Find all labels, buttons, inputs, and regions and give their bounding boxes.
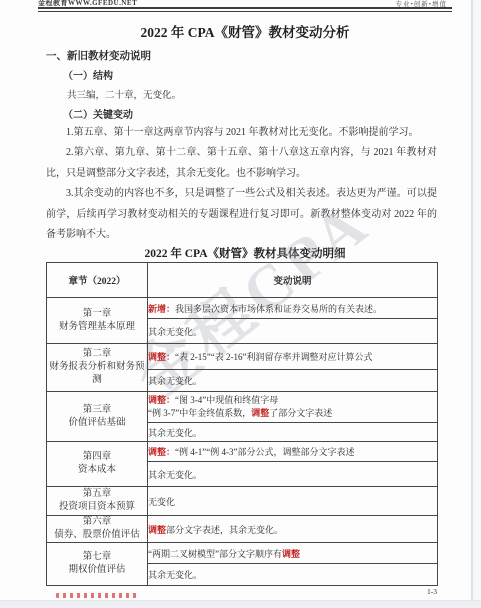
intro-paragraphs: 1.第五章、第十一章这两章节内容与 2021 年教材对比无变化。不影响提前学习。… [46,123,437,245]
table-row: 第五章 投资项目资本预算 无变化 [47,487,438,516]
subsection-keychanges-heading: （二）关键变动 [63,106,133,121]
intro-paragraph-1: 1.第五章、第十一章这两章节内容与 2021 年教材对比无变化。不影响提前学习。 [46,123,437,143]
column-header-change: 变动说明 [148,263,438,298]
chapter-cell-4: 第四章 资本成本 [47,442,148,487]
change-cell-2: 调整：“表 2-15”“表 2-16”利润留存率并调整对应计算公式 [148,344,438,370]
change-text: 部分文字表述，其余无变化。 [166,525,283,535]
change-tag: 调整： [148,447,175,457]
change-tag: 调整 [251,408,269,418]
chapter-number: 第三章 [47,404,147,417]
change-cell-4: 调整：“例 4-1”“例 4-3”部分公式，调整部分文字表述 [148,442,438,462]
chapter-cell-3: 第三章 价值评估基础 [47,392,148,442]
change-rest-cell-1: 其余无变化。 [148,319,438,344]
table-header-row: 章节（2022） 变动说明 [47,263,438,298]
change-text: “例 4-1”“例 4-3”部分公式，调整部分文字表述 [175,447,354,457]
chapter-name: 财务报表分析和财务预测 [47,361,147,387]
chapter-cell-7: 第七章 期权价值评估 [47,543,148,586]
chapter-number: 第七章 [47,551,147,564]
subsection-structure-heading: （一）结构 [63,67,113,82]
chapter-name: 价值评估基础 [47,417,147,430]
chapter-name: 资本成本 [47,464,147,477]
header-divider [38,7,452,12]
viewer-bottom-strip [0,600,481,608]
chapter-cell-1: 第一章 财务管理基本原理 [47,298,148,344]
change-cell-1: 新增：我国多层次资本市场体系和证券交易所的有关表述。 [148,298,438,319]
footer-red-fragment [56,593,140,598]
table-row: 第一章 财务管理基本原理 新增：我国多层次资本市场体系和证券交易所的有关表述。 [47,298,438,319]
change-text: 了部分文字表述 [269,408,332,418]
change-tag: 调整 [148,525,166,535]
chapter-name: 期权价值评估 [47,564,147,577]
chapter-cell-2: 第二章 财务报表分析和财务预测 [47,344,148,392]
chapter-name: 债券、股票价值评估 [47,529,147,542]
change-tag: 调整： [148,352,175,362]
change-rest-cell-3: 其余无变化。 [148,423,438,442]
page-title: 2022 年 CPA《财管》教材变动分析 [38,21,452,41]
change-tag: 调整： [148,395,175,405]
change-text: “表 2-15”“表 2-16”利润留存率并调整对应计算公式 [175,352,372,362]
change-cell-3: 调整：“图 3-4”中现值和终值字母 “例 3-7”中年金终值系数，调整了部分文… [148,392,438,423]
scrollbar-track[interactable] [471,0,481,600]
change-rest-cell-2: 其余无变化。 [148,370,438,392]
chapter-cell-5: 第五章 投资项目资本预算 [47,487,148,516]
section-heading: 一、新旧教材变动说明 [46,48,151,63]
table-row: 第四章 资本成本 调整：“例 4-1”“例 4-3”部分公式，调整部分文字表述 [47,442,438,462]
change-text: 我国多层次资本市场体系和证券交易所的有关表述。 [175,304,382,314]
change-text: “图 3-4”中现值和终值字母 [175,395,278,405]
intro-paragraph-3: 3.其余变动的内容也不多，只是调整了一些公式及相关表述。表达更为严谨。可以提前学… [46,184,437,245]
intro-paragraph-2: 2.第六章、第九章、第十二章、第十五章、第十八章这五章内容，与 2021 年教材… [46,143,437,184]
chapter-cell-6: 第六章 债券、股票价值评估 [47,516,148,543]
table-row: 第七章 期权价值评估 “两期二叉树模型”部分文字顺序有调整 [47,543,438,564]
change-text: “两期二叉树模型”部分文字顺序有 [148,549,282,559]
change-cell-5: 无变化 [148,487,438,516]
chapter-number: 第二章 [47,348,147,361]
document-page: 金程教育WWW.GFEDU.NET 专业•创新•增值 2022 年 CPA《财管… [0,0,471,600]
table-row: 第三章 价值评估基础 调整：“图 3-4”中现值和终值字母 “例 3-7”中年金… [47,392,438,423]
chapter-number: 第六章 [47,516,147,529]
change-text: “例 3-7”中年金终值系数， [148,408,251,418]
change-tag: 新增： [148,304,175,314]
column-header-chapter: 章节（2022） [47,263,148,298]
chapter-number: 第四章 [47,451,147,464]
change-rest-cell-7: 其余无变化。 [148,564,438,586]
chapter-name: 投资项目资本预算 [47,501,147,514]
change-cell-7: “两期二叉树模型”部分文字顺序有调整 [148,543,438,564]
chapter-name: 财务管理基本原理 [47,321,147,334]
table-row: 第六章 债券、股票价值评估 调整部分文字表述，其余无变化。 [47,516,438,543]
page-number: 1-3 [427,587,437,596]
change-rest-cell-4: 其余无变化。 [148,462,438,487]
changes-table: 章节（2022） 变动说明 第一章 财务管理基本原理 新增：我国多层次资本市场体… [46,262,438,586]
chapter-number: 第一章 [47,308,147,321]
change-cell-6: 调整部分文字表述，其余无变化。 [148,516,438,543]
subsection-structure-body: 共三编，二十章，无变化。 [67,87,181,101]
chapter-number: 第五章 [47,488,147,501]
table-row: 第二章 财务报表分析和财务预测 调整：“表 2-15”“表 2-16”利润留存率… [47,344,438,370]
detail-table-title: 2022 年 CPA《财管》教材具体变动明细 [38,245,452,261]
change-tag: 调整 [282,549,300,559]
